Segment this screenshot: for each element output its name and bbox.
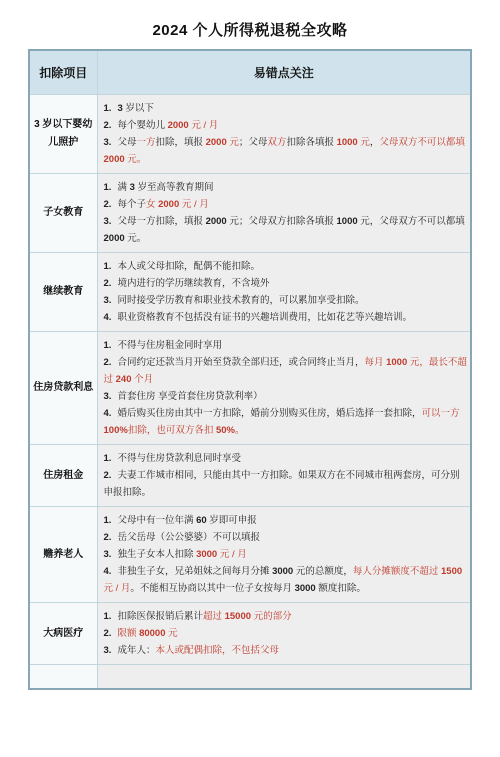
text-segment: 不得与住房租金同时享用 bbox=[117, 340, 222, 351]
note-line-number: 4. bbox=[104, 566, 112, 577]
text-segment: 本人或配偶扣除，不包括父母 bbox=[155, 645, 279, 656]
text-segment: 50% bbox=[216, 425, 235, 436]
note-line-number: 2. bbox=[104, 628, 112, 639]
note-line-number: 1. bbox=[104, 515, 112, 526]
table-header-row: 扣除项目 易错点关注 bbox=[29, 50, 471, 95]
notes-cell bbox=[97, 665, 471, 690]
note-line: 1.不得与住房租金同时享用 bbox=[104, 337, 468, 354]
text-segment: 15000 bbox=[225, 611, 254, 622]
text-segment: 扣除， bbox=[128, 425, 157, 436]
text-segment: 岁即可申报 bbox=[209, 515, 257, 526]
note-line-number: 1. bbox=[104, 182, 112, 193]
text-segment: 可以一方 bbox=[421, 408, 459, 419]
text-segment: 3000 bbox=[196, 549, 220, 560]
note-line-number: 4. bbox=[104, 408, 112, 419]
note-line: 1.父母中有一位年满 60 岁即可申报 bbox=[104, 512, 468, 529]
table-row: 大病医疗1.扣除医保报销后累计超过 15000 元的部分2.限额 80000 元… bbox=[29, 603, 471, 665]
note-line-number: 3. bbox=[104, 216, 112, 227]
text-segment: 1000 bbox=[386, 357, 410, 368]
text-segment: 。 bbox=[235, 425, 245, 436]
table-row bbox=[29, 665, 471, 690]
text-segment: 80000 bbox=[139, 628, 168, 639]
text-segment: 同时接受学历教育和职业技术教育的，可以累加享受扣除。 bbox=[117, 295, 364, 306]
note-line-number: 1. bbox=[104, 453, 112, 464]
note-line-number: 3. bbox=[104, 549, 112, 560]
text-segment: 岳父岳母（公公婆婆）不可以填报 bbox=[117, 532, 260, 543]
text-segment: 元。 bbox=[127, 154, 146, 165]
text-segment: 每个婴幼儿 bbox=[117, 120, 167, 131]
document-page: 2024 个人所得税退税全攻略 扣除项目 易错点关注 3 岁以下婴幼儿照护1.3… bbox=[0, 0, 500, 757]
notes-cell: 1.父母中有一位年满 60 岁即可申报2.岳父岳母（公公婆婆）不可以填报3.独生… bbox=[97, 507, 471, 603]
text-segment: 本人或父母扣除，配偶不能扣除。 bbox=[117, 261, 260, 272]
table-row: 3 岁以下婴幼儿照护1.3 岁以下2.每个婴幼儿 2000 元 / 月3.父母一… bbox=[29, 95, 471, 174]
note-line: 2.境内进行的学历继续教育，不含境外 bbox=[104, 275, 468, 292]
text-segment: 1000 bbox=[337, 137, 361, 148]
note-line-number: 3. bbox=[104, 645, 112, 656]
text-segment: 240 bbox=[116, 374, 135, 385]
text-segment: 女 bbox=[146, 199, 158, 210]
page-title: 2024 个人所得税退税全攻略 bbox=[0, 19, 500, 40]
text-segment: 100% bbox=[104, 425, 128, 436]
text-segment: 扣除，填报 bbox=[155, 137, 205, 148]
deduction-item-label: 继续教育 bbox=[29, 253, 97, 332]
col-header-error-points: 易错点关注 bbox=[97, 50, 471, 95]
text-segment: 父母一方扣除，填报 bbox=[117, 216, 205, 227]
text-segment: 每月 bbox=[364, 357, 386, 368]
text-segment: 元的部分 bbox=[254, 611, 292, 622]
note-line-number: 1. bbox=[104, 261, 112, 272]
text-segment: 60 bbox=[196, 515, 209, 526]
note-line-number: 1. bbox=[104, 611, 112, 622]
text-segment: 2000 bbox=[104, 154, 128, 165]
note-line: 2.限额 80000 元 bbox=[104, 625, 468, 642]
text-segment: 岁以下 bbox=[125, 103, 154, 114]
note-line: 4.婚后购买住房由其中一方扣除，婚前分别购买住房，婚后选择一套扣除，可以一方 1… bbox=[104, 405, 468, 439]
text-segment: 2000 bbox=[168, 120, 192, 131]
table-row: 子女教育1.满 3 岁至高等教育期间2.每个子女 2000 元 / 月3.父母一… bbox=[29, 174, 471, 253]
deduction-item-label: 住房贷款利息 bbox=[29, 332, 97, 445]
note-line-number: 3. bbox=[104, 137, 112, 148]
text-segment: 夫妻工作城市相同，只能由其中一方扣除。如果双方在不同城市租两套房，可分别申报扣除… bbox=[104, 470, 460, 498]
text-segment: 3000 bbox=[272, 566, 296, 577]
text-segment: 父母双方不可以都填 bbox=[379, 137, 465, 148]
table-body: 3 岁以下婴幼儿照护1.3 岁以下2.每个婴幼儿 2000 元 / 月3.父母一… bbox=[29, 95, 471, 690]
text-segment: 一方 bbox=[136, 137, 155, 148]
notes-cell: 1.不得与住房租金同时享用2.合同约定还款当月开始至贷款全部归还，或合同终止当月… bbox=[97, 332, 471, 445]
deduction-item-label: 子女教育 bbox=[29, 174, 97, 253]
text-segment: 元 bbox=[360, 137, 370, 148]
note-line-number: 3. bbox=[104, 391, 112, 402]
text-segment: 元 / 月 bbox=[182, 199, 209, 210]
text-segment: 1500 bbox=[441, 566, 462, 577]
note-line: 2.合同约定还款当月开始至贷款全部归还，或合同终止当月，每月 1000 元，最长… bbox=[104, 354, 468, 388]
col-header-deduction-item: 扣除项目 bbox=[29, 50, 97, 95]
text-segment: 元；父母双方扣除各填报 bbox=[229, 216, 336, 227]
note-line-number: 4. bbox=[104, 312, 112, 323]
note-line-number: 1. bbox=[104, 340, 112, 351]
table-row: 继续教育1.本人或父母扣除，配偶不能扣除。2.境内进行的学历继续教育，不含境外3… bbox=[29, 253, 471, 332]
note-line-number: 3. bbox=[104, 295, 112, 306]
note-line: 4.非独生子女，兄弟姐妹之间每月分摊 3000 元的总额度，每人分摊额度不超过 … bbox=[104, 563, 468, 597]
note-line: 1.本人或父母扣除，配偶不能扣除。 bbox=[104, 258, 468, 275]
note-line-number: 2. bbox=[104, 120, 112, 131]
note-line: 2.每个婴幼儿 2000 元 / 月 bbox=[104, 117, 468, 134]
notes-cell: 1.满 3 岁至高等教育期间2.每个子女 2000 元 / 月3.父母一方扣除，… bbox=[97, 174, 471, 253]
text-segment: 合同约定还款当月开始至贷款全部归还，或合同终止当月， bbox=[117, 357, 364, 368]
text-segment: 非独生子女，兄弟姐妹之间每月分摊 bbox=[117, 566, 272, 577]
text-segment: 2000 bbox=[206, 216, 230, 227]
text-segment: 境内进行的学历继续教育，不含境外 bbox=[117, 278, 269, 289]
text-segment: 每个子 bbox=[117, 199, 146, 210]
text-segment: 首套住房 享受首套住房贷款利率） bbox=[117, 391, 262, 402]
text-segment: 婚后购买住房由其中一方扣除，婚前分别购买住房，婚后选择一套扣除， bbox=[117, 408, 421, 419]
text-segment: 2000 bbox=[206, 137, 230, 148]
note-line-number: 2. bbox=[104, 278, 112, 289]
text-segment: 。不能相互协商以其中一位子女按每月 bbox=[130, 583, 294, 594]
text-segment: 扣除医保报销后累计 bbox=[117, 611, 203, 622]
note-line-number: 1. bbox=[104, 103, 112, 114]
text-segment: 父母 bbox=[117, 137, 136, 148]
text-segment: 元 / 月 bbox=[191, 120, 218, 131]
note-line: 3.父母一方扣除，填报 2000 元；父母双方扣除各填报 1000 元，父母双方… bbox=[104, 134, 468, 168]
note-line: 2.夫妻工作城市相同，只能由其中一方扣除。如果双方在不同城市租两套房，可分别申报… bbox=[104, 467, 468, 501]
deduction-item-label: 3 岁以下婴幼儿照护 bbox=[29, 95, 97, 174]
text-segment: ；父母 bbox=[239, 137, 268, 148]
note-line: 1.满 3 岁至高等教育期间 bbox=[104, 179, 468, 196]
note-line-number: 2. bbox=[104, 199, 112, 210]
text-segment: 限额 bbox=[117, 628, 139, 639]
text-segment: 独生子女本人扣除 bbox=[117, 549, 196, 560]
deduction-item-label bbox=[29, 665, 97, 690]
notes-cell: 1.3 岁以下2.每个婴幼儿 2000 元 / 月3.父母一方扣除，填报 200… bbox=[97, 95, 471, 174]
note-line: 3.成年人：本人或配偶扣除，不包括父母 bbox=[104, 642, 468, 659]
deduction-table: 扣除项目 易错点关注 3 岁以下婴幼儿照护1.3 岁以下2.每个婴幼儿 2000… bbox=[28, 49, 472, 690]
text-segment: 2000 bbox=[158, 199, 182, 210]
note-line: 1.3 岁以下 bbox=[104, 100, 468, 117]
notes-cell: 1.本人或父母扣除，配偶不能扣除。2.境内进行的学历继续教育，不含境外3.同时接… bbox=[97, 253, 471, 332]
note-line-number: 2. bbox=[104, 532, 112, 543]
text-segment: 元 / 月 bbox=[104, 583, 131, 594]
note-line: 2.每个子女 2000 元 / 月 bbox=[104, 196, 468, 213]
text-segment: ， bbox=[370, 137, 380, 148]
text-segment: 父母中有一位年满 bbox=[117, 515, 196, 526]
text-segment: 双方 bbox=[267, 137, 286, 148]
text-segment: 额度扣除。 bbox=[318, 583, 366, 594]
note-line: 4.职业资格教育不包括没有证书的兴趣培训费用，比如花艺等兴趣培训。 bbox=[104, 309, 468, 326]
note-line: 3.同时接受学历教育和职业技术教育的，可以累加享受扣除。 bbox=[104, 292, 468, 309]
text-segment: 满 bbox=[117, 182, 129, 193]
text-segment: 元 bbox=[229, 137, 239, 148]
note-line: 3.首套住房 享受首套住房贷款利率） bbox=[104, 388, 468, 405]
text-segment: 职业资格教育不包括没有证书的兴趣培训费用，比如花艺等兴趣培训。 bbox=[117, 312, 412, 323]
text-segment: 元。 bbox=[127, 233, 146, 244]
note-line: 1.不得与住房贷款利息同时享受 bbox=[104, 450, 468, 467]
note-line: 3.独生子女本人扣除 3000 元 / 月 bbox=[104, 546, 468, 563]
note-line: 1.扣除医保报销后累计超过 15000 元的部分 bbox=[104, 608, 468, 625]
note-line: 2.岳父岳母（公公婆婆）不可以填报 bbox=[104, 529, 468, 546]
text-segment: 不得与住房贷款利息同时享受 bbox=[117, 453, 241, 464]
table-row: 住房租金1.不得与住房贷款利息同时享受2.夫妻工作城市相同，只能由其中一方扣除。… bbox=[29, 445, 471, 507]
notes-cell: 1.扣除医保报销后累计超过 15000 元的部分2.限额 80000 元3.成年… bbox=[97, 603, 471, 665]
table-row: 赡养老人1.父母中有一位年满 60 岁即可申报2.岳父岳母（公公婆婆）不可以填报… bbox=[29, 507, 471, 603]
text-segment: 成年人： bbox=[117, 645, 155, 656]
text-segment: 元 / 月 bbox=[220, 549, 247, 560]
text-segment: 元，父母双方不可以都填 bbox=[360, 216, 465, 227]
text-segment: 超过 bbox=[203, 611, 225, 622]
text-segment: 每人分摊额度不超过 bbox=[353, 566, 441, 577]
text-segment: 3 bbox=[130, 182, 138, 193]
text-segment: 2000 bbox=[104, 233, 128, 244]
note-line: 3.父母一方扣除，填报 2000 元；父母双方扣除各填报 1000 元，父母双方… bbox=[104, 213, 468, 247]
text-segment: 扣除各填报 bbox=[286, 137, 336, 148]
text-segment: 元的总额度， bbox=[296, 566, 353, 577]
deduction-item-label: 赡养老人 bbox=[29, 507, 97, 603]
deduction-item-label: 大病医疗 bbox=[29, 603, 97, 665]
text-segment: 1000 bbox=[337, 216, 361, 227]
text-segment: 岁至高等教育期间 bbox=[138, 182, 214, 193]
note-line-number: 2. bbox=[104, 357, 112, 368]
notes-cell: 1.不得与住房贷款利息同时享受2.夫妻工作城市相同，只能由其中一方扣除。如果双方… bbox=[97, 445, 471, 507]
text-segment: 个月 bbox=[134, 374, 153, 385]
deduction-item-label: 住房租金 bbox=[29, 445, 97, 507]
text-segment: 也可双方各扣 bbox=[156, 425, 216, 436]
text-segment: 元 bbox=[168, 628, 178, 639]
note-line-number: 2. bbox=[104, 470, 112, 481]
text-segment: 3000 bbox=[295, 583, 319, 594]
table-row: 住房贷款利息1.不得与住房租金同时享用2.合同约定还款当月开始至贷款全部归还，或… bbox=[29, 332, 471, 445]
